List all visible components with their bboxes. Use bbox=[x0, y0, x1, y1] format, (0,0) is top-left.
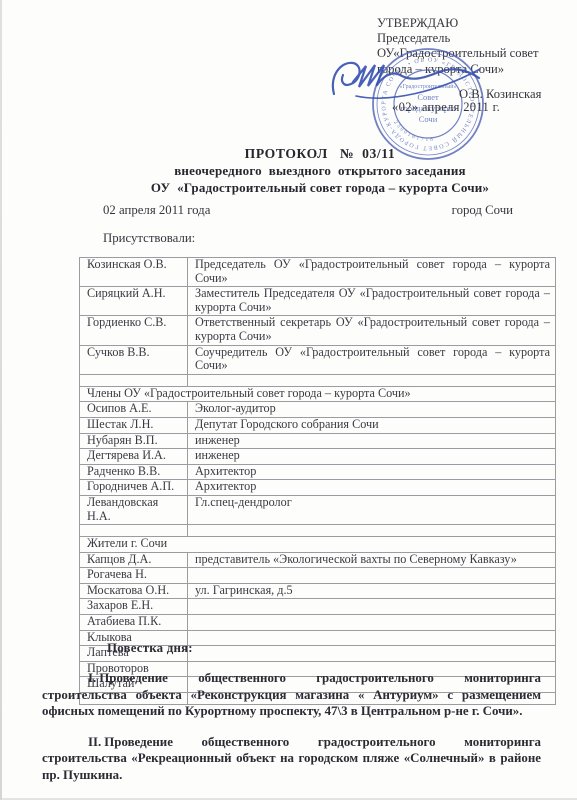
attendee-role-cell: инженер bbox=[188, 449, 556, 465]
table-row: Левандовская Н.А.Гл.спец-дендролог bbox=[80, 495, 556, 524]
attendee-role-cell: Гл.спец-дендролог bbox=[188, 495, 556, 524]
table-row: Нубарян В.П.инженер bbox=[80, 433, 556, 449]
table-row: Городничев А.П.Архитектор bbox=[80, 480, 556, 496]
attendee-name-cell: Дегтярева И.А. bbox=[80, 449, 188, 465]
attendee-role-cell: ул. Гагринская, д.5 bbox=[188, 583, 556, 599]
attendee-name-cell: Захаров Е.Н. bbox=[80, 599, 188, 615]
attendee-role-cell bbox=[188, 615, 556, 631]
date-place-row: 02 апреля 2011 года город Сочи bbox=[103, 203, 513, 218]
stamp-center-line: «Градостроительный» bbox=[400, 83, 457, 90]
table-row bbox=[80, 525, 556, 537]
title-organization: ОУ «Градостроительный совет города – кур… bbox=[70, 180, 570, 197]
table-row: Захаров Е.Н. bbox=[80, 599, 556, 615]
attendee-name-cell: Гордиенко С.В. bbox=[80, 316, 188, 345]
scan-edge bbox=[0, 0, 2, 800]
agenda-item-text: Проведение общественного градостроительн… bbox=[42, 735, 541, 782]
agenda-heading: Повестка дня: bbox=[107, 641, 541, 656]
svg-text:2300161716: 2300161716 bbox=[392, 120, 435, 143]
attendee-name-cell: Капцов Д.А. bbox=[80, 552, 188, 568]
attendee-role-cell: Архитектор bbox=[188, 464, 556, 480]
table-row: Рогачева Н. bbox=[80, 568, 556, 584]
attendee-name-cell: Городничев А.П. bbox=[80, 480, 188, 496]
empty-role-cell bbox=[188, 374, 556, 386]
table-row: Члены ОУ «Градостроительный совет города… bbox=[80, 386, 556, 402]
attendee-role-cell: Архитектор bbox=[188, 480, 556, 496]
agenda-item-number: II. bbox=[88, 735, 101, 749]
agenda-section: Повестка дня: I.Проведение общественного… bbox=[42, 641, 541, 798]
approval-block: УТВЕРЖДАЮ Председатель ОУ«Градостроитель… bbox=[377, 16, 539, 77]
empty-name-cell bbox=[80, 374, 188, 386]
document-place: город Сочи bbox=[452, 203, 513, 218]
title-subtitle: внеочередного выездного открытого заседа… bbox=[70, 163, 570, 180]
agenda-item: I.Проведение общественного градостроител… bbox=[42, 670, 541, 720]
attendees-table-body: Козинская О.В.Председатель ОУ «Градостро… bbox=[80, 258, 556, 705]
attendee-name-cell: Радченко В.В. bbox=[80, 464, 188, 480]
agenda-item-text: Проведение общественного градостроительн… bbox=[42, 671, 541, 718]
attendee-name-cell: Левандовская Н.А. bbox=[80, 495, 188, 524]
section-label-cell: Члены ОУ «Градостроительный совет города… bbox=[80, 386, 556, 402]
attendee-name-cell: Козинская О.В. bbox=[80, 258, 188, 287]
attendee-role-cell: представитель «Экологической вахты по Се… bbox=[188, 552, 556, 568]
scanned-protocol-document: УТВЕРЖДАЮ Председатель ОУ«Градостроитель… bbox=[0, 0, 577, 800]
table-row: Гордиенко С.В.Ответственный секретарь ОУ… bbox=[80, 316, 556, 345]
empty-role-cell bbox=[188, 525, 556, 537]
attendee-role-cell bbox=[188, 568, 556, 584]
agenda-item-number: I. bbox=[88, 671, 96, 685]
attendee-name-cell: Нубарян В.П. bbox=[80, 433, 188, 449]
table-row bbox=[80, 374, 556, 386]
stamp-serial-number: 2300161716 bbox=[392, 120, 435, 143]
attendee-role-cell: Ответственный секретарь ОУ «Градостроите… bbox=[188, 316, 556, 345]
protocol-number: ПРОТОКОЛ № 03/11 bbox=[70, 146, 570, 163]
agenda-item: II.Проведение общественного градостроите… bbox=[42, 734, 541, 784]
attendee-name-cell: Осипов А.Е. bbox=[80, 402, 188, 418]
attendee-name-cell: Шестак Л.Н. bbox=[80, 417, 188, 433]
section-label-cell: Жители г. Сочи bbox=[80, 537, 556, 553]
attendee-role-cell: Председатель ОУ «Градостроительный совет… bbox=[188, 258, 556, 287]
table-row: Козинская О.В.Председатель ОУ «Градостро… bbox=[80, 258, 556, 287]
empty-name-cell bbox=[80, 525, 188, 537]
attendee-name-cell: Сучков В.В. bbox=[80, 345, 188, 374]
table-row: Жители г. Сочи bbox=[80, 537, 556, 553]
attendees-table: Козинская О.В.Председатель ОУ «Градостро… bbox=[79, 257, 556, 705]
approval-line: города – курорта Сочи» bbox=[377, 62, 539, 77]
attendee-role-cell: Соучредитель ОУ «Градостроительный совет… bbox=[188, 345, 556, 374]
attendee-role-cell: Заместитель Председателя ОУ «Градостроит… bbox=[188, 287, 556, 316]
table-row: Шестак Л.Н.Депутат Городского собрания С… bbox=[80, 417, 556, 433]
approval-line: УТВЕРЖДАЮ bbox=[377, 16, 539, 31]
attendee-name-cell: Сиряцкий А.Н. bbox=[80, 287, 188, 316]
table-row: Сучков В.В.Соучредитель ОУ «Градостроите… bbox=[80, 345, 556, 374]
attendee-name-cell: Рогачева Н. bbox=[80, 568, 188, 584]
attendee-name-cell: Москатова О.Н. bbox=[80, 583, 188, 599]
table-row: Москатова О.Н.ул. Гагринская, д.5 bbox=[80, 583, 556, 599]
table-row: Осипов А.Е.Эколог-аудитор bbox=[80, 402, 556, 418]
table-row: Радченко В.В.Архитектор bbox=[80, 464, 556, 480]
attendee-role-cell: Депутат Городского собрания Сочи bbox=[188, 417, 556, 433]
attendee-role-cell bbox=[188, 599, 556, 615]
attendee-role-cell: инженер bbox=[188, 433, 556, 449]
stamp-center-line: Сочи bbox=[419, 114, 438, 124]
attendee-name-cell: Атабиева П.К. bbox=[80, 615, 188, 631]
document-date: 02 апреля 2011 года bbox=[103, 203, 210, 218]
table-row: Сиряцкий А.Н.Заместитель Председателя ОУ… bbox=[80, 287, 556, 316]
approval-line: ОУ«Градостроительный совет bbox=[377, 46, 539, 61]
approval-date: «02» апреля 2011 г. bbox=[392, 100, 500, 115]
approval-line: Председатель bbox=[377, 31, 539, 46]
table-row: Дегтярева И.А.инженер bbox=[80, 449, 556, 465]
table-row: Атабиева П.К. bbox=[80, 615, 556, 631]
table-row: Капцов Д.А.представитель «Экологической … bbox=[80, 552, 556, 568]
attendee-role-cell: Эколог-аудитор bbox=[188, 402, 556, 418]
attendees-label: Присутствовали: bbox=[103, 231, 195, 246]
document-title-block: ПРОТОКОЛ № 03/11 внеочередного выездного… bbox=[70, 146, 570, 196]
